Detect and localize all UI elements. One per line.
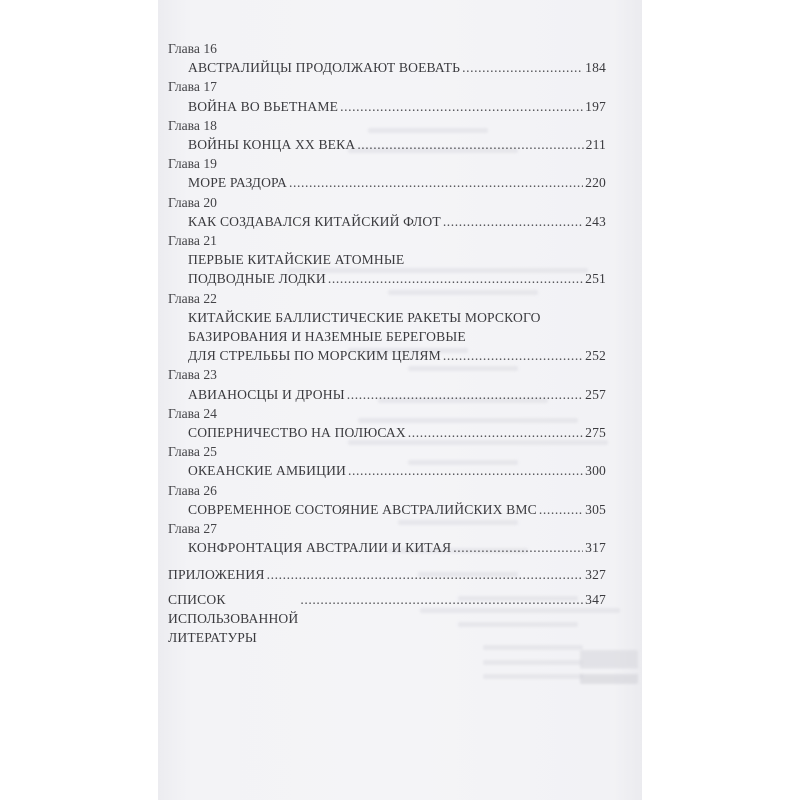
page-number: 184	[585, 58, 606, 77]
chapter-entry[interactable]: ВОЙНА ВО ВЬЕТНАМЕ197	[188, 97, 606, 116]
chapter-title-line: ПОДВОДНЫЕ ЛОДКИ	[188, 269, 326, 288]
toc-chapter[interactable]: Глава 25ОКЕАНСКИЕ АМБИЦИИ300	[168, 442, 606, 480]
chapter-label: Глава 18	[168, 116, 606, 135]
chapter-title: МОРЕ РАЗДОРА	[188, 173, 287, 192]
chapter-title: ВОЙНА ВО ВЬЕТНАМЕ	[188, 97, 338, 116]
chapter-title: АВСТРАЛИЙЦЫ ПРОДОЛЖАЮТ ВОЕВАТЬ	[188, 58, 460, 77]
chapter-title: АВИАНОСЦЫ И ДРОНЫ	[188, 385, 345, 404]
chapter-label: Глава 27	[168, 519, 606, 538]
chapter-title: ВОЙНЫ КОНЦА XX ВЕКА	[188, 135, 355, 154]
toc-chapter[interactable]: Глава 24СОПЕРНИЧЕСТВО НА ПОЛЮСАХ275	[168, 404, 606, 442]
chapter-entry[interactable]: СОПЕРНИЧЕСТВО НА ПОЛЮСАХ275	[188, 423, 606, 442]
toc-chapter[interactable]: Глава 18ВОЙНЫ КОНЦА XX ВЕКА211	[168, 116, 606, 154]
chapter-entry[interactable]: МОРЕ РАЗДОРА220	[188, 173, 606, 192]
dot-leader	[300, 590, 583, 609]
dot-leader	[443, 212, 583, 231]
chapter-title-line: ДЛЯ СТРЕЛЬБЫ ПО МОРСКИМ ЦЕЛЯМ	[188, 346, 441, 365]
book-page: Глава 16АВСТРАЛИЙЦЫ ПРОДОЛЖАЮТ ВОЕВАТЬ18…	[158, 0, 642, 800]
dot-leader	[408, 423, 583, 442]
chapter-label: Глава 22	[168, 289, 606, 308]
dot-leader	[539, 500, 583, 519]
chapter-label: Глава 23	[168, 365, 606, 384]
chapter-label: Глава 24	[168, 404, 606, 423]
dot-leader	[443, 346, 583, 365]
chapter-label: Глава 17	[168, 77, 606, 96]
chapter-title-last-line: ПОДВОДНЫЕ ЛОДКИ251	[188, 269, 606, 288]
table-of-contents: Глава 16АВСТРАЛИЙЦЫ ПРОДОЛЖАЮТ ВОЕВАТЬ18…	[168, 39, 606, 647]
toc-chapter[interactable]: Глава 27КОНФРОНТАЦИЯ АВСТРАЛИИ И КИТАЯ31…	[168, 519, 606, 557]
page-number: 197	[585, 97, 606, 116]
toc-back-matter-entry[interactable]: СПИСОК ИСПОЛЬЗОВАННОЙ ЛИТЕРАТУРЫ347	[168, 590, 606, 648]
toc-chapter[interactable]: Глава 20КАК СОЗДАВАЛСЯ КИТАЙСКИЙ ФЛОТ243	[168, 193, 606, 231]
chapter-title: КАК СОЗДАВАЛСЯ КИТАЙСКИЙ ФЛОТ	[188, 212, 441, 231]
chapter-entry[interactable]: КАК СОЗДАВАЛСЯ КИТАЙСКИЙ ФЛОТ243	[188, 212, 606, 231]
page-number: 327	[585, 565, 606, 584]
chapter-title-last-line: ДЛЯ СТРЕЛЬБЫ ПО МОРСКИМ ЦЕЛЯМ252	[188, 346, 606, 365]
page-number: 243	[585, 212, 606, 231]
chapter-entry[interactable]: АВСТРАЛИЙЦЫ ПРОДОЛЖАЮТ ВОЕВАТЬ184	[188, 58, 606, 77]
chapter-title: ОКЕАНСКИЕ АМБИЦИИ	[188, 461, 346, 480]
toc-chapter[interactable]: Глава 21ПЕРВЫЕ КИТАЙСКИЕ АТОМНЫЕПОДВОДНЫ…	[168, 231, 606, 289]
page-number: 347	[585, 590, 606, 609]
page-number: 300	[585, 461, 606, 480]
toc-chapter[interactable]: Глава 16АВСТРАЛИЙЦЫ ПРОДОЛЖАЮТ ВОЕВАТЬ18…	[168, 39, 606, 77]
dot-leader	[289, 173, 583, 192]
dot-leader	[347, 385, 583, 404]
page-number: 275	[585, 423, 606, 442]
chapter-label: Глава 20	[168, 193, 606, 212]
chapter-label: Глава 16	[168, 39, 606, 58]
chapter-entry[interactable]: КОНФРОНТАЦИЯ АВСТРАЛИИ И КИТАЯ317	[188, 538, 606, 557]
toc-chapter[interactable]: Глава 22КИТАЙСКИЕ БАЛЛИСТИЧЕСКИЕ РАКЕТЫ …	[168, 289, 606, 366]
chapter-entry[interactable]: ВОЙНЫ КОНЦА XX ВЕКА211	[188, 135, 606, 154]
page-number: 317	[585, 538, 606, 557]
page-number: 252	[585, 346, 606, 365]
toc-back-matter-entry[interactable]: ПРИЛОЖЕНИЯ327	[168, 565, 606, 584]
dot-leader	[340, 97, 583, 116]
dot-leader	[328, 269, 583, 288]
chapter-entry[interactable]: АВИАНОСЦЫ И ДРОНЫ257	[188, 385, 606, 404]
chapter-list: Глава 16АВСТРАЛИЙЦЫ ПРОДОЛЖАЮТ ВОЕВАТЬ18…	[168, 39, 606, 557]
back-matter-list: ПРИЛОЖЕНИЯ327СПИСОК ИСПОЛЬЗОВАННОЙ ЛИТЕР…	[168, 565, 606, 647]
chapter-title-line: ПЕРВЫЕ КИТАЙСКИЕ АТОМНЫЕ	[188, 250, 606, 269]
chapter-label: Глава 19	[168, 154, 606, 173]
chapter-entry[interactable]: СОВРЕМЕННОЕ СОСТОЯНИЕ АВСТРАЛИЙСКИХ ВМС3…	[188, 500, 606, 519]
chapter-title: СОПЕРНИЧЕСТВО НА ПОЛЮСАХ	[188, 423, 406, 442]
page-number: 305	[585, 500, 606, 519]
toc-chapter[interactable]: Глава 19МОРЕ РАЗДОРА220	[168, 154, 606, 192]
chapter-entry[interactable]: ПЕРВЫЕ КИТАЙСКИЕ АТОМНЫЕПОДВОДНЫЕ ЛОДКИ2…	[188, 250, 606, 288]
page-number: 251	[585, 269, 606, 288]
chapter-title: КОНФРОНТАЦИЯ АВСТРАЛИИ И КИТАЯ	[188, 538, 451, 557]
chapter-title-line: КИТАЙСКИЕ БАЛЛИСТИЧЕСКИЕ РАКЕТЫ МОРСКОГО	[188, 308, 606, 327]
dot-leader	[348, 461, 583, 480]
chapter-label: Глава 26	[168, 481, 606, 500]
chapter-label: Глава 21	[168, 231, 606, 250]
toc-chapter[interactable]: Глава 23АВИАНОСЦЫ И ДРОНЫ257	[168, 365, 606, 403]
dot-leader	[267, 565, 584, 584]
back-matter-title: ПРИЛОЖЕНИЯ	[168, 565, 265, 584]
chapter-entry[interactable]: КИТАЙСКИЕ БАЛЛИСТИЧЕСКИЕ РАКЕТЫ МОРСКОГО…	[188, 308, 606, 366]
dot-leader	[462, 58, 583, 77]
page-number: 220	[585, 173, 606, 192]
toc-chapter[interactable]: Глава 17ВОЙНА ВО ВЬЕТНАМЕ197	[168, 77, 606, 115]
chapter-title-line: БАЗИРОВАНИЯ И НАЗЕМНЫЕ БЕРЕГОВЫЕ	[188, 327, 606, 346]
page-number: 211	[586, 135, 606, 154]
page-number: 257	[585, 385, 606, 404]
chapter-entry[interactable]: ОКЕАНСКИЕ АМБИЦИИ300	[188, 461, 606, 480]
toc-chapter[interactable]: Глава 26СОВРЕМЕННОЕ СОСТОЯНИЕ АВСТРАЛИЙС…	[168, 481, 606, 519]
dot-leader	[357, 135, 583, 154]
dot-leader	[453, 538, 583, 557]
back-matter-title: СПИСОК ИСПОЛЬЗОВАННОЙ ЛИТЕРАТУРЫ	[168, 590, 298, 648]
chapter-title: СОВРЕМЕННОЕ СОСТОЯНИЕ АВСТРАЛИЙСКИХ ВМС	[188, 500, 537, 519]
chapter-label: Глава 25	[168, 442, 606, 461]
